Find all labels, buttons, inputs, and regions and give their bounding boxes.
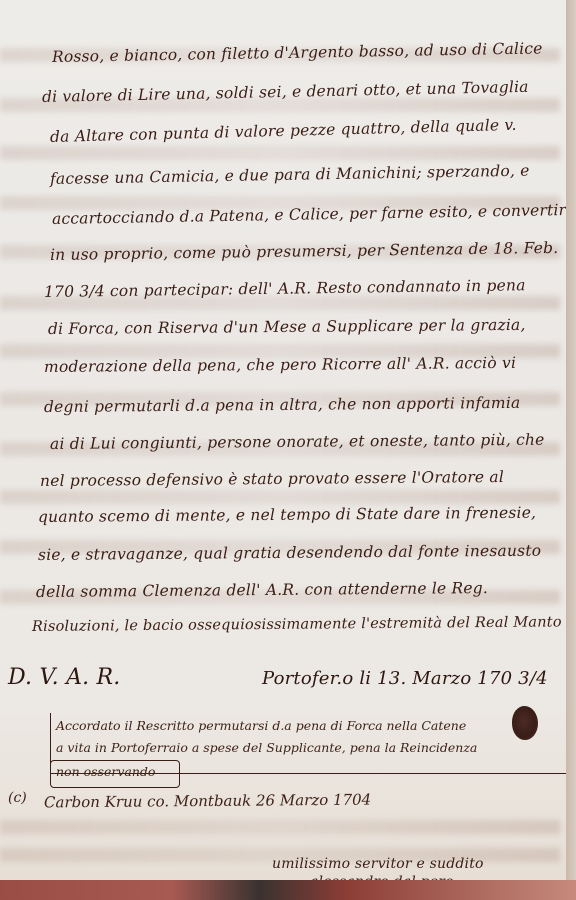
annotation-line: a vita in Portoferraio a spese del Suppl…: [56, 740, 477, 755]
body-line: Risoluzioni, le bacio ossequiosissimamen…: [32, 614, 562, 635]
body-line: quanto scemo di mente, e nel tempo di St…: [38, 504, 536, 526]
body-line: sie, e stravaganze, qual gratia desenden…: [38, 542, 541, 564]
wax-seal-blot: [512, 706, 538, 740]
body-line: di Forca, con Riserva d'un Mese a Suppli…: [48, 316, 526, 338]
body-line: Rosso, e bianco, con filetto d'Argento b…: [52, 39, 543, 66]
body-line: facesse una Camicia, e due para di Manic…: [50, 162, 530, 188]
binding-strip: [0, 880, 576, 900]
body-line: in uso proprio, come può presumersi, per…: [50, 239, 559, 264]
place-date: Portofer.o li 13. Marzo 170 3/4: [262, 668, 548, 689]
annotation-line: non osservando: [56, 764, 155, 779]
rescript-signature: Carbon Kruu co. Montbauk 26 Marzo 1704: [44, 791, 371, 812]
body-line: degni permutarli d.a pena in altra, che …: [44, 394, 521, 416]
salutation: D. V. A. R.: [8, 665, 121, 690]
ink-bleed: [0, 146, 560, 160]
closing-line-1: umilissimo servitor e suddito: [272, 856, 484, 872]
manuscript-page: Rosso, e bianco, con filetto d'Argento b…: [0, 0, 568, 880]
annotation-line: Accordato il Rescritto permutarsi d.a pe…: [56, 718, 466, 733]
body-line: nel processo defensivo è stato provato e…: [40, 468, 504, 490]
ink-bleed: [0, 490, 560, 504]
body-line: da Altare con punta di valore pezze quat…: [50, 116, 517, 146]
page-edge: [566, 0, 576, 880]
margin-mark: (c): [8, 790, 27, 806]
ink-bleed: [0, 820, 560, 834]
body-line: moderazione della pena, che pero Ricorre…: [44, 354, 516, 376]
